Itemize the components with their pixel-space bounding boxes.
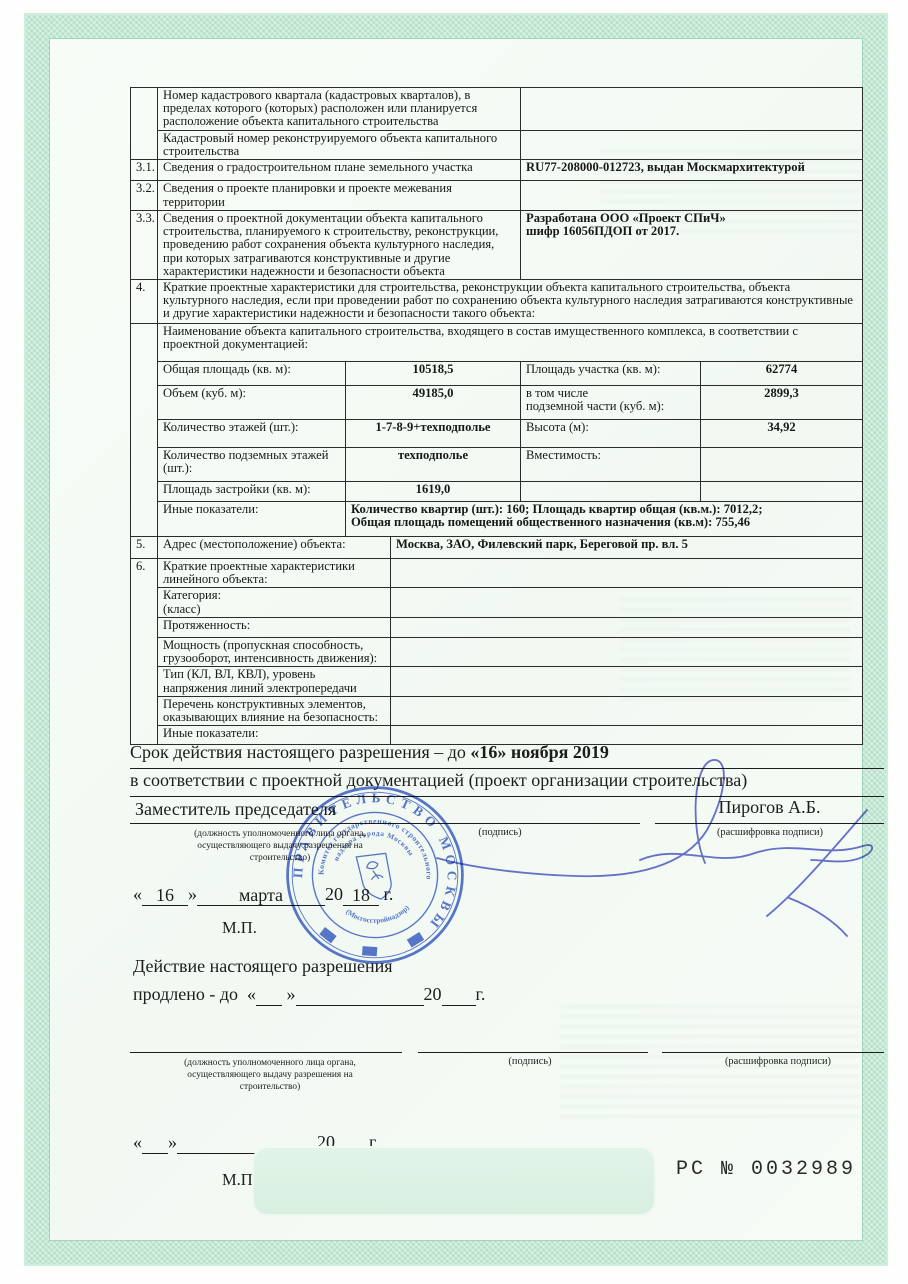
- char-value: 1-7-8-9+техподполье: [346, 419, 521, 447]
- char-value: 1619,0: [346, 481, 521, 501]
- table-row: 3.1. Сведения о градостроительном плане …: [131, 160, 863, 181]
- row-label: Мощность (пропускная способность, грузоо…: [158, 637, 391, 666]
- date-day: 16: [142, 885, 188, 906]
- char-value: 10518,5: [346, 361, 521, 385]
- row-value: [391, 637, 863, 666]
- char-label: Площадь застройки (кв. м):: [158, 481, 346, 501]
- char-value: 34,92: [701, 419, 863, 447]
- signature-line: [130, 1030, 402, 1053]
- signature-line: [418, 1030, 648, 1053]
- stamp-emblem: [356, 850, 396, 903]
- row-label: Краткие проектные характеристики линейно…: [158, 558, 391, 587]
- stamp-place-label: М.П.: [222, 918, 257, 938]
- row-number: 3.3.: [131, 210, 158, 279]
- quote-open: «: [133, 1132, 142, 1152]
- char-label: Высота (м):: [521, 419, 701, 447]
- table-row: Объем (куб. м): 49185,0 в том числе подз…: [131, 385, 863, 419]
- signature-caption: (подпись): [460, 1056, 600, 1067]
- table-row: Площадь застройки (кв. м): 1619,0: [131, 481, 863, 501]
- char-value: 49185,0: [346, 385, 521, 419]
- quote-close: »: [287, 984, 296, 1004]
- row-number: 3.2.: [131, 181, 158, 210]
- row-label: Тип (КЛ, ВЛ, КВЛ), уровень напряжения ли…: [158, 667, 391, 696]
- permit-details-table: Номер кадастрового квартала (кадастровых…: [130, 87, 863, 745]
- signature-line: [662, 1030, 884, 1053]
- row-label: Сведения о проекте планировки и проекте …: [158, 181, 521, 210]
- table-row: 6. Краткие проектные характеристики лине…: [131, 558, 863, 587]
- handwritten-signature: [395, 748, 890, 948]
- row-label: Адрес (местоположение) объекта:: [158, 536, 391, 558]
- prolongation-prefix: продлено - до: [133, 984, 238, 1004]
- row-number: 3.1.: [131, 160, 158, 181]
- char-label: [521, 481, 701, 501]
- quote-open: «: [247, 984, 256, 1004]
- table-row: Общая площадь (кв. м): 10518,5 Площадь у…: [131, 361, 863, 385]
- row-value: [391, 617, 863, 637]
- table-row: Иные показатели: Количество квартир (шт.…: [131, 501, 863, 536]
- row-label: Сведения о проектной документации объект…: [158, 210, 521, 279]
- blank-day: [256, 985, 282, 1006]
- char-label: Иные показатели:: [158, 501, 346, 536]
- row-label: Категория: (класс): [158, 588, 391, 617]
- char-value: техподполье: [346, 447, 521, 481]
- row-value: [521, 131, 863, 160]
- row-value: [521, 181, 863, 210]
- name-caption: (расшифровка подписи): [688, 1056, 868, 1067]
- row-number: 6.: [131, 558, 158, 744]
- table-row: Перечень конструктивных элементов, оказы…: [131, 696, 863, 725]
- char-label: Площадь участка (кв. м):: [521, 361, 701, 385]
- permit-serial-number: РС № 0032989: [676, 1158, 856, 1181]
- table-row: Номер кадастрового квартала (кадастровых…: [131, 88, 863, 131]
- char-label: Вместимость:: [521, 447, 701, 481]
- char-label: Количество этажей (шт.):: [158, 419, 346, 447]
- char-label: в том числе подземной части (куб. м):: [521, 385, 701, 419]
- row-value: RU77-208000-012723, выдан Москмархитекту…: [521, 160, 863, 181]
- date-century: 20: [424, 984, 442, 1004]
- naming-text: Наименование объекта капитального строит…: [158, 323, 863, 361]
- row-number: [131, 88, 158, 160]
- position-caption: (должность уполномоченного лица органа, …: [135, 1057, 405, 1094]
- row-value: [391, 558, 863, 587]
- row-value: [391, 696, 863, 725]
- row-value: [521, 88, 863, 131]
- security-field: [252, 1146, 656, 1216]
- row-number: 5.: [131, 536, 158, 558]
- table-row: Протяженность:: [131, 617, 863, 637]
- table-row: Мощность (пропускная способность, грузоо…: [131, 637, 863, 666]
- char-label: Количество подземных этажей (шт.):: [158, 447, 346, 481]
- table-row: Тип (КЛ, ВЛ, КВЛ), уровень напряжения ли…: [131, 667, 863, 696]
- table-row: 3.3. Сведения о проектной документации о…: [131, 210, 863, 279]
- table-row: Количество подземных этажей (шт.): техпо…: [131, 447, 863, 481]
- table-row: Кадастровый номер реконструируемого объе…: [131, 131, 863, 160]
- char-label: Объем (куб. м):: [158, 385, 346, 419]
- quote-open: «: [133, 884, 142, 904]
- table-row: 5. Адрес (местоположение) объекта: Москв…: [131, 536, 863, 558]
- quote-close: »: [168, 1132, 177, 1152]
- date-suffix: г.: [476, 984, 486, 1004]
- char-label: Общая площадь (кв. м):: [158, 361, 346, 385]
- row-label: Номер кадастрового квартала (кадастровых…: [158, 88, 521, 131]
- row-label: Сведения о градостроительном плане земел…: [158, 160, 521, 181]
- quote-close: »: [188, 884, 197, 904]
- scanned-construction-permit-page: Номер кадастрового квартала (кадастровых…: [0, 0, 908, 1284]
- section4-text: Краткие проектные характеристики для стр…: [158, 279, 863, 323]
- char-value: Количество квартир (шт.): 160; Площадь к…: [346, 501, 863, 536]
- char-value: 62774: [701, 361, 863, 385]
- row-value: Москва, ЗАО, Филевский парк, Береговой п…: [391, 536, 863, 558]
- row-value: [391, 667, 863, 696]
- table-row: Категория: (класс): [131, 588, 863, 617]
- table-row: Наименование объекта капитального строит…: [131, 323, 863, 361]
- row-label: Протяженность:: [158, 617, 391, 637]
- char-value: [701, 481, 863, 501]
- table-row: 3.2. Сведения о проекте планировки и про…: [131, 181, 863, 210]
- char-value: [701, 447, 863, 481]
- blank-month: [296, 985, 424, 1006]
- row-number: 4.: [131, 279, 158, 323]
- row-value: Разработана ООО «Проект СПиЧ» шифр 16056…: [521, 210, 863, 279]
- blank-year: [442, 985, 476, 1006]
- char-value: 2899,3: [701, 385, 863, 419]
- row-label: Кадастровый номер реконструируемого объе…: [158, 131, 521, 160]
- prolongation-line-2: продлено - до « »20г.: [133, 984, 485, 1006]
- table-row: 4. Краткие проектные характеристики для …: [131, 279, 863, 323]
- row-number: [131, 323, 158, 536]
- table-row: Количество этажей (шт.): 1-7-8-9+техподп…: [131, 419, 863, 447]
- row-value: [391, 588, 863, 617]
- blank-day: [142, 1133, 168, 1154]
- row-label: Перечень конструктивных элементов, оказы…: [158, 696, 391, 725]
